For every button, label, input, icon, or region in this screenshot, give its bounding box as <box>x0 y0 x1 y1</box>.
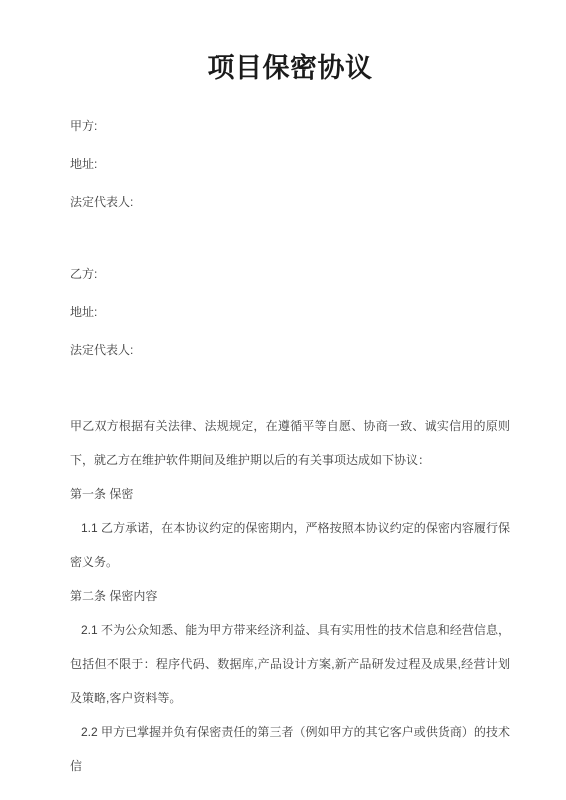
party-a-address-label: 地址: <box>70 145 510 183</box>
party-a-block: 甲方: 地址: 法定代表人: <box>70 107 510 221</box>
party-b-legal-rep-label: 法定代表人: <box>70 331 510 369</box>
party-b-address-label: 地址: <box>70 293 510 331</box>
document-title: 项目保密协议 <box>70 50 510 86</box>
clause-2-2: 2.2 甲方已掌握并负有保密责任的第三者（例如甲方的其它客户或供货商）的技术信 <box>70 715 510 783</box>
party-b-block: 乙方: 地址: 法定代表人: <box>70 255 510 369</box>
party-a-legal-rep-label: 法定代表人: <box>70 183 510 221</box>
party-a-label: 甲方: <box>70 107 510 145</box>
agreement-body: 甲乙双方根据有关法律、法规规定，在遵循平等自愿、协商一致、诚实信用的原则下，就乙… <box>70 409 510 783</box>
party-b-label: 乙方: <box>70 255 510 293</box>
clause-1-1: 1.1 乙方承诺，在本协议约定的保密期内，严格按照本协议约定的保密内容履行保密义… <box>70 511 510 579</box>
preamble-paragraph: 甲乙双方根据有关法律、法规规定，在遵循平等自愿、协商一致、诚实信用的原则下，就乙… <box>70 409 510 477</box>
article-2-heading: 第二条 保密内容 <box>70 579 510 613</box>
article-1-heading: 第一条 保密 <box>70 477 510 511</box>
clause-2-1: 2.1 不为公众知悉、能为甲方带来经济利益、具有实用性的技术信息和经营信息，包括… <box>70 613 510 715</box>
document-page: 项目保密协议 甲方: 地址: 法定代表人: 乙方: 地址: 法定代表人: 甲乙双… <box>0 0 566 800</box>
